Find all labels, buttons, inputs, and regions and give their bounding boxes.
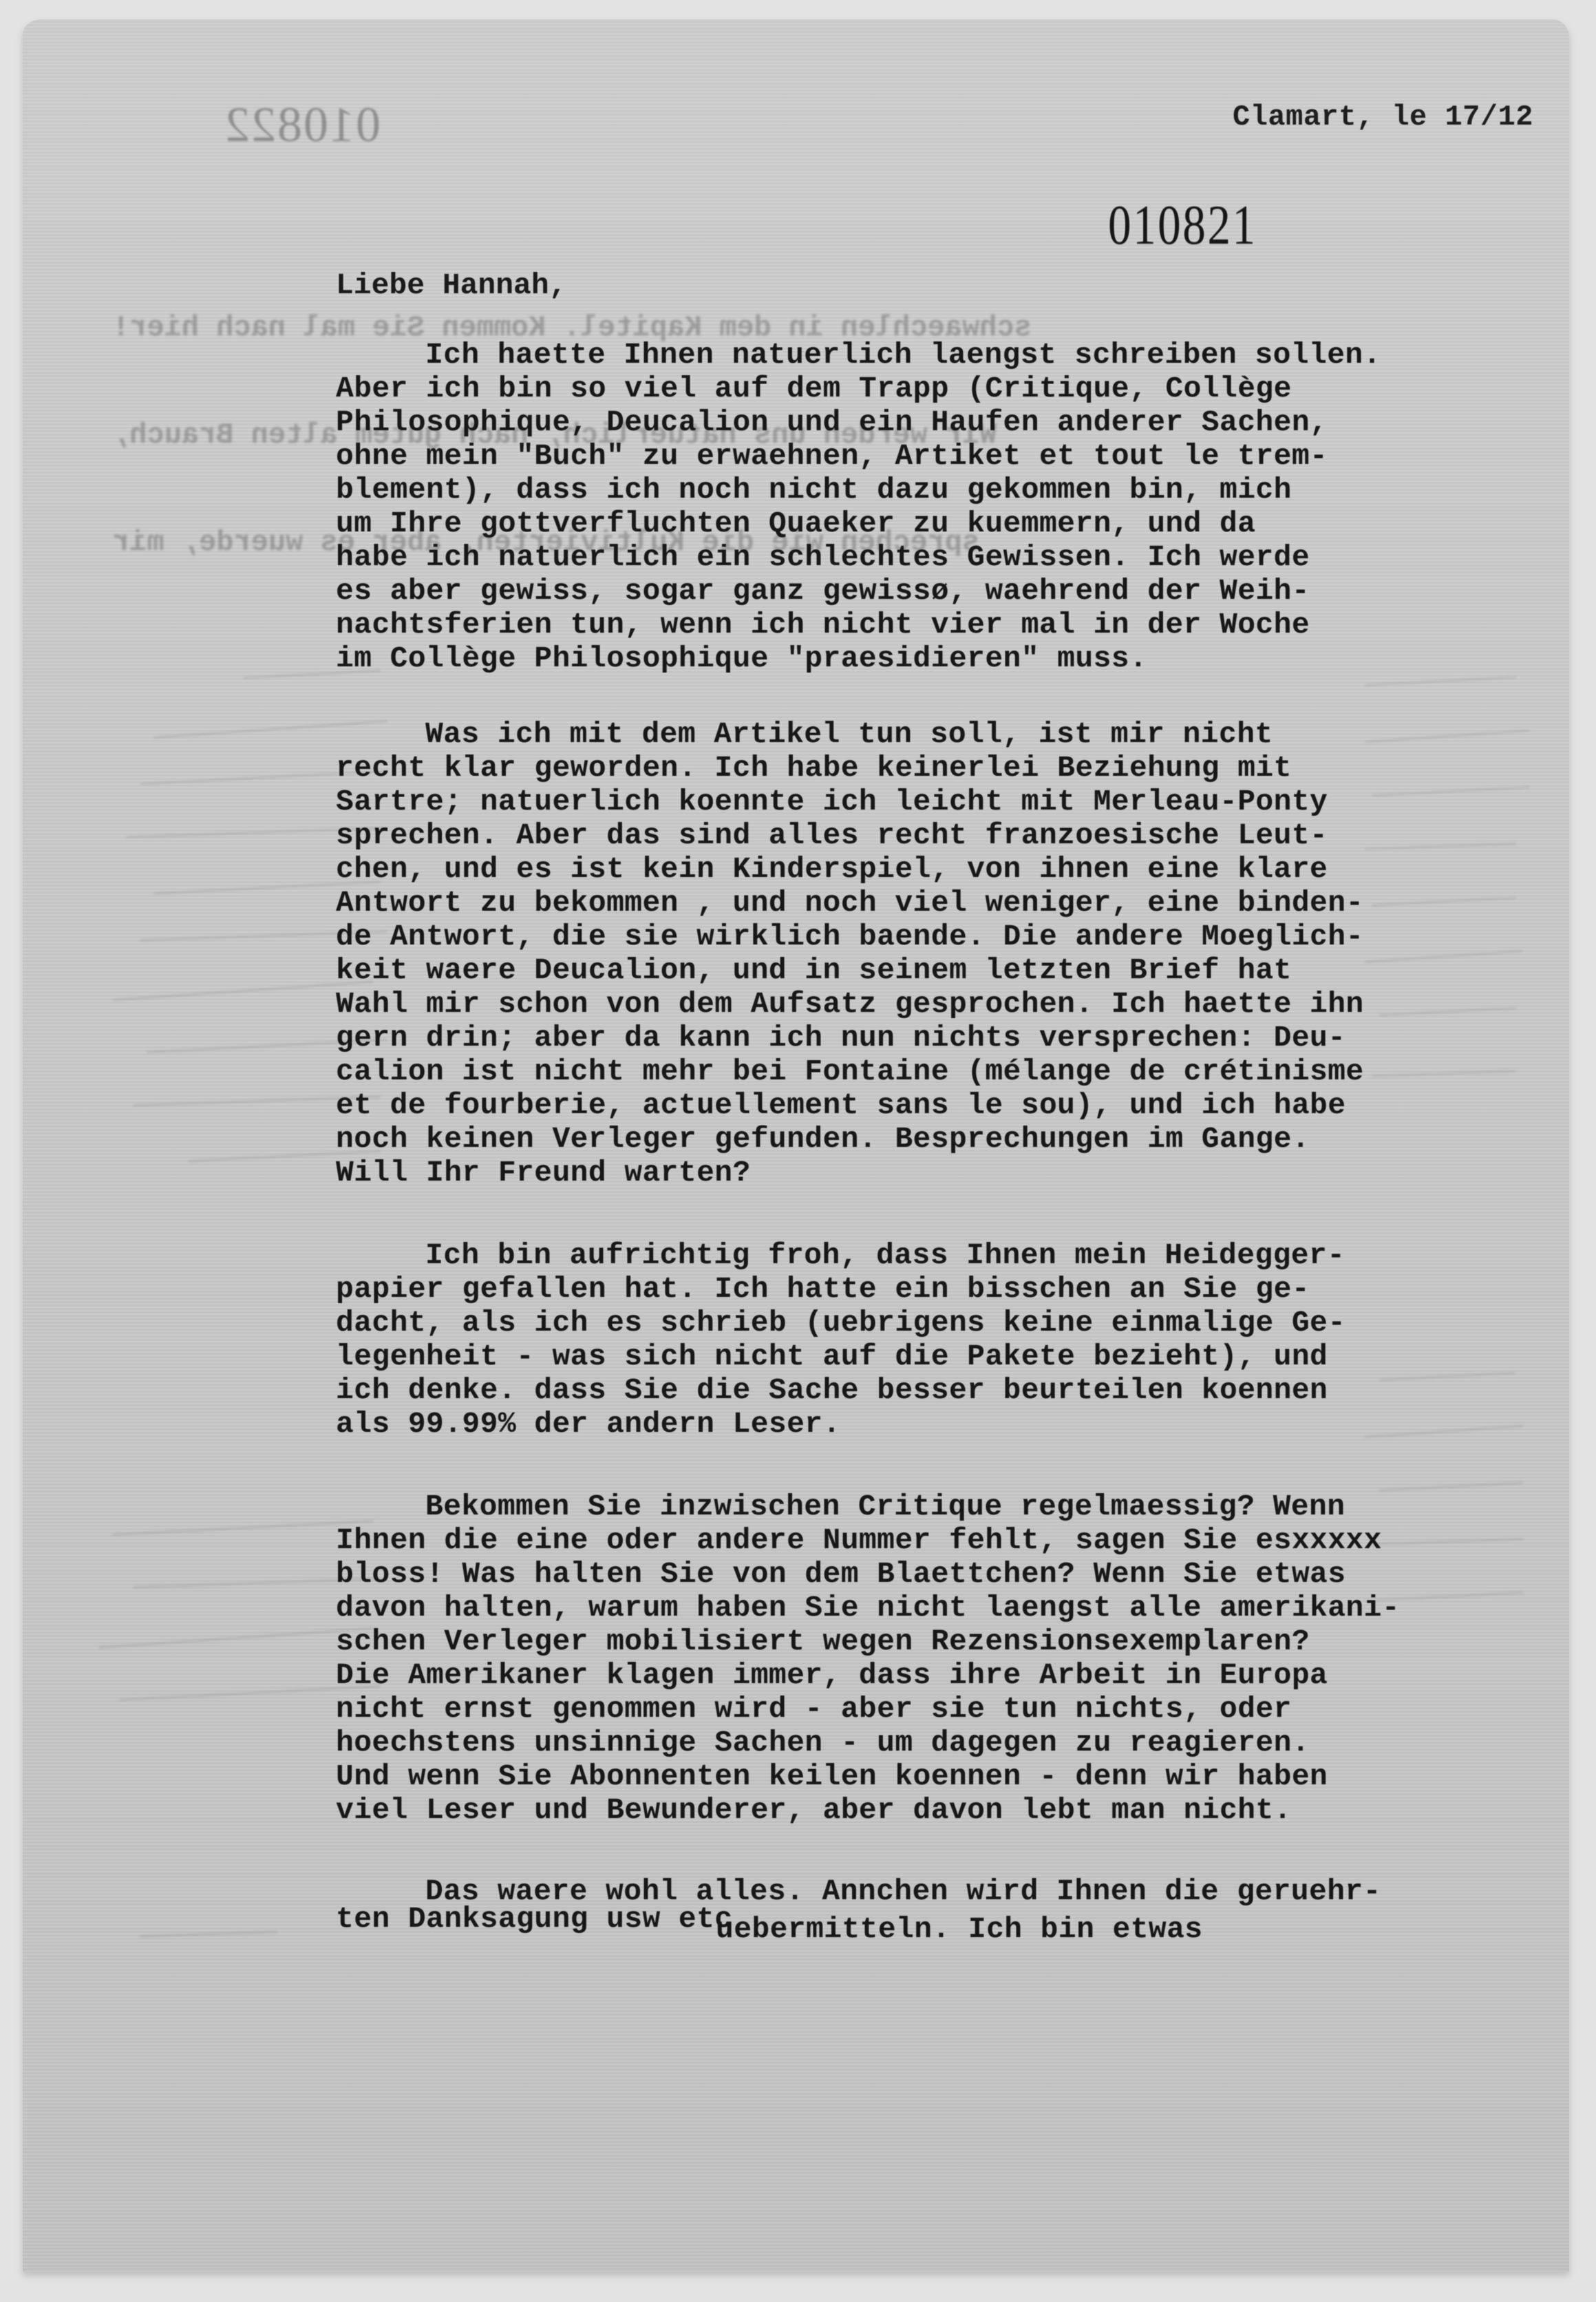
text-line: Ihnen die eine oder andere Nummer fehlt,… (336, 1523, 1382, 1557)
text-line: calion ist nicht mehr bei Fontaine (méla… (336, 1055, 1364, 1088)
text-line: viel Leser und Bewunderer, aber davon le… (336, 1793, 1292, 1827)
text-line: keit waere Deucalion, und in seinem letz… (336, 953, 1292, 987)
text-line: Und wenn Sie Abonnenten keilen koennen -… (336, 1760, 1328, 1793)
text-line: bloss! Was halten Sie von dem Blaettchen… (336, 1557, 1345, 1591)
text-line: de Antwort, die sie wirklich baende. Die… (336, 920, 1364, 953)
dateline: Clamart, le 17/12 (1233, 101, 1533, 134)
text-line: Aber ich bin so viel auf dem Trapp (Crit… (336, 372, 1292, 405)
text-line: im Collège Philosophique "praesidieren" … (336, 642, 1147, 675)
text-line: davon halten, warum haben Sie nicht laen… (336, 1591, 1400, 1625)
salutation: Liebe Hannah, (336, 268, 566, 302)
bleed-through-archive-number: 010822 (224, 96, 381, 154)
text-line: recht klar geworden. Ich habe keinerlei … (336, 751, 1292, 785)
bleed-through-handwriting-right (1365, 659, 1569, 1830)
text-line: Bekommen Sie inzwischen Critique regelma… (425, 1490, 1345, 1523)
text-line: ohne mein "Buch" zu erwaehnen, Artiket e… (336, 439, 1328, 473)
text-line: Ich haette Ihnen natuerlich laengst schr… (425, 338, 1381, 372)
text-line: Antwort zu bekommen , und noch viel weni… (336, 886, 1364, 920)
text-line: hoechstens unsinnige Sachen - um dagegen… (336, 1726, 1310, 1760)
archive-number: 010821 (1108, 193, 1257, 257)
text-line: nicht ernst genommen wird - aber sie tun… (336, 1692, 1292, 1726)
text-line: Die Amerikaner klagen immer, dass ihre A… (336, 1658, 1328, 1692)
text-line: es aber gewiss, sogar ganz gewissø, waeh… (336, 574, 1310, 608)
text-line: noch keinen Verleger gefunden. Besprechu… (336, 1122, 1310, 1156)
text-line-continuation: uebermitteln. Ich bin etwas (716, 1912, 1203, 1946)
text-line: Ich bin aufrichtig froh, dass Ihnen mein… (425, 1238, 1345, 1272)
text-line: um Ihre gottverfluchten Quaeker zu kuemm… (336, 507, 1255, 540)
text-line: chen, und es ist kein Kinderspiel, von i… (336, 852, 1328, 886)
text-line: dacht, als ich es schrieb (uebrigens kei… (336, 1306, 1345, 1340)
text-line: Sartre; natuerlich koennte ich leicht mi… (336, 785, 1328, 819)
text-line: gern drin; aber da kann ich nun nichts v… (336, 1021, 1345, 1055)
text-line: legenheit - was sich nicht auf die Paket… (336, 1340, 1328, 1373)
text-line: ten Danksagung usw etc (336, 1902, 733, 1936)
text-line: Will Ihr Freund warten? (336, 1156, 751, 1190)
text-line: Wahl mir schon von dem Aufsatz gesproche… (336, 987, 1364, 1021)
letter-page: 010822 schwaechlen in dem Kapitel. Komme… (23, 19, 1569, 2272)
text-line: habe ich natuerlich ein schlechtes Gewis… (336, 540, 1310, 574)
text-line: als 99.99% der andern Leser. (336, 1407, 841, 1441)
text-line: sprechen. Aber das sind alles recht fran… (336, 819, 1328, 852)
text-line: Was ich mit dem Artikel tun soll, ist mi… (425, 717, 1273, 751)
text-line: papier gefallen hat. Ich hatte ein bissc… (336, 1272, 1310, 1306)
text-line: blement), dass ich noch nicht dazu gekom… (336, 473, 1292, 507)
text-line: schen Verleger mobilisiert wegen Rezensi… (336, 1625, 1310, 1658)
text-line: nachtsferien tun, wenn ich nicht vier ma… (336, 608, 1310, 642)
text-line: et de fourberie, actuellement sans le so… (336, 1088, 1345, 1122)
text-line: Philosophique, Deucalion und ein Haufen … (336, 405, 1328, 439)
text-line: ich denke. dass Sie die Sache besser beu… (336, 1373, 1328, 1407)
